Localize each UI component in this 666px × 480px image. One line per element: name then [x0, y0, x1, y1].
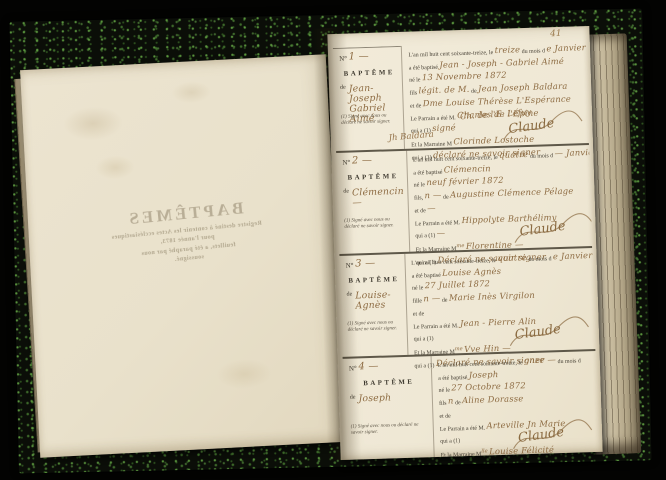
register-entry: N° 3 — BAPTÊME de Louise-Agnès (1) Signé… — [339, 246, 595, 357]
printed-of-label: de — [471, 89, 477, 95]
printed-child-of-label: fils — [410, 91, 418, 97]
printed-who-signed-label: qui a (1) — [440, 438, 460, 445]
entry-act-column: L'an mil huit cent soixante-treize, le q… — [406, 145, 599, 252]
de-label: de — [346, 292, 352, 298]
hand-birth-date: neuf février 1872 — [426, 175, 504, 187]
number-label: N° — [346, 262, 354, 270]
signature-footnote: (1) Signé avec nous ou déclaré ne savoir… — [351, 422, 428, 436]
priest-signature-text: Claude — [507, 116, 555, 137]
priest-signature-text: Claude — [519, 219, 567, 240]
hand-filiation: n — — [424, 190, 441, 201]
register-entry: N° 1 — BAPTÊME de Jean-Joseph Gabriel Ai… — [333, 40, 589, 151]
baptized-name-side: de Louise-Agnès — [346, 290, 402, 312]
hand-parent-name: Marie Inès Virgilon — [449, 290, 535, 303]
paper-stain — [62, 105, 124, 142]
printed-of-label: de — [443, 195, 449, 201]
entry-number: 4 — — [358, 361, 378, 373]
printed-godfather-label: Le Parrain a été M. — [410, 115, 455, 122]
entry-act-column: L'an mil huit cent soixante-treize, le q… — [404, 248, 595, 355]
paper-stain — [95, 154, 136, 180]
printed-and-of-label: et de — [414, 208, 425, 214]
hand-godmother-title: lle — [481, 448, 488, 454]
entry-side-column: N° 2 — BAPTÊME de Clémencin — (1) Signé … — [336, 151, 409, 254]
priest-signature-text: Claude — [517, 425, 565, 446]
number-label: N° — [342, 159, 350, 167]
printed-child-of-label: fils, — [414, 195, 423, 201]
priest-signature-text: Claude — [514, 322, 562, 343]
printed-godfather-label: Le Parrain a été M. — [440, 425, 485, 432]
printed-date-mid: du mois d — [528, 256, 551, 263]
register-entry: N° 4 — BAPTÊME de Joseph (1) Signé avec … — [343, 349, 599, 460]
register-book-scan: BAPTÊMES Registre destiné à contenir les… — [0, 0, 666, 480]
printed-baptized-label: a été baptisé — [409, 64, 438, 71]
printed-date-mid: du mois d — [530, 153, 553, 160]
printed-child-of-label: fils — [439, 401, 447, 407]
hand-filiation: légit. de M. — [418, 84, 469, 96]
hand-day: quatre — [499, 149, 529, 160]
printed-who-signed-label: qui a (1) — [415, 233, 435, 240]
hand-month: e Janvier — [546, 42, 586, 53]
de-label: de — [350, 395, 356, 401]
baptized-name: Louise-Agnès — [355, 290, 403, 311]
paper-stain — [171, 80, 212, 104]
printed-born-label: né le — [414, 183, 425, 189]
hand-baptized-name: Louise Agnès — [442, 266, 501, 278]
printed-godfather-label: Le Parrain a été M. — [413, 323, 458, 330]
hand-baptized-name: Joseph — [469, 369, 499, 380]
hand-day: onze — — [524, 354, 556, 365]
bleed-through-text: BAPTÊMES Registre destiné à contenir les… — [69, 193, 305, 273]
register-entry: N° 2 — BAPTÊME de Clémencin — (1) Signé … — [336, 143, 592, 254]
signature-footnote: (1) Signé avec nous ou déclaré ne savoir… — [347, 320, 401, 333]
printed-baptized-label: a été baptisé — [438, 375, 467, 382]
hand-month: e Janvier — [553, 250, 593, 261]
printed-date-mid: du mois d — [558, 358, 581, 365]
printed-born-label: né le — [409, 78, 420, 84]
hand-birth-date: 27 Octobre 1872 — [451, 381, 526, 393]
entry-number-row: N° 4 — — [349, 360, 428, 373]
hand-godmother-title: me — [456, 243, 464, 249]
hand-godfather-signed: — — [437, 228, 446, 238]
de-label: de — [343, 189, 349, 195]
entry-number: 2 — — [352, 155, 372, 167]
hand-baptized-name: Clémencin — [444, 163, 491, 174]
printed-who-signed-label: qui a (1) — [414, 336, 434, 343]
entries: N° 1 — BAPTÊME de Jean-Joseph Gabriel Ai… — [333, 40, 599, 460]
hand-godmother-title: me — [455, 346, 463, 352]
entry-side-column: N° 4 — BAPTÊME de Joseph (1) Signé avec … — [343, 356, 434, 460]
hand-day: quatre — [497, 252, 527, 263]
number-label: N° — [339, 55, 347, 63]
printed-child-of-label: fille — [412, 298, 422, 304]
printed-and-of-label: et de — [413, 311, 424, 317]
printed-of-label: de — [455, 400, 461, 406]
number-label: N° — [349, 364, 357, 372]
hand-filiation: n — [448, 396, 454, 406]
printed-date-mid: du mois d — [522, 48, 545, 55]
paper-stain — [216, 358, 273, 391]
printed-born-label: né le — [439, 388, 450, 394]
entry-act-column: L'an mil huit cent soixante-treize, le o… — [431, 351, 599, 457]
hand-parent-name: Aline Dorasse — [462, 393, 524, 405]
baptized-name-side: de Clémencin — — [343, 187, 404, 209]
hand-mother-name: — — [427, 203, 436, 213]
entry-number: 3 — — [355, 258, 375, 270]
baptized-name-side: de Joseph — [350, 392, 429, 404]
printed-of-label: de — [442, 298, 448, 304]
hand-month: — Janvier — [554, 147, 597, 158]
baptized-name: Clémencin — — [352, 187, 404, 209]
entry-number-row: N° 2 — — [342, 155, 403, 168]
hand-filiation: n — — [423, 293, 440, 304]
hand-parent-name: Jean Joseph Baldara — [478, 81, 568, 94]
printed-and-of-label: et de — [439, 413, 450, 419]
right-page: 41 N° 1 — BAPTÊME de Jean-Joseph Gabriel… — [327, 26, 602, 460]
hand-birth-date: 27 Juillet 1872 — [425, 279, 491, 291]
printed-date-pre: L'an mil huit cent soixante-treize, le — [413, 155, 498, 164]
hand-godfather-signed: signé — [432, 122, 456, 133]
entry-number-row: N° 1 — — [339, 51, 399, 64]
left-page: BAPTÊMES Registre destiné à contenir les… — [20, 54, 346, 457]
printed-date-pre: L'an mil huit cent soixante-treize, le — [411, 258, 496, 267]
printed-date-pre: L'an mil huit cent soixante-treize, le — [408, 50, 493, 59]
bapteme-heading: BAPTÊME — [343, 173, 404, 182]
printed-date-pre: L'an mil huit cent soixante-treize, le — [438, 360, 523, 369]
entry-number-row: N° 3 — — [345, 258, 401, 271]
hand-day: treize — [494, 44, 520, 55]
bapteme-heading: BAPTÊME — [340, 69, 400, 78]
printed-godfather-label: Le Parrain a été M. — [415, 220, 460, 227]
printed-baptized-label: a été baptisé — [412, 272, 441, 279]
signature-footnote: (1) Signé avec nous ou déclaré ne savoir… — [341, 113, 399, 126]
hand-birth-date: 13 Novembre 1872 — [422, 70, 507, 83]
printed-and-of-label: et de — [410, 103, 421, 109]
printed-baptized-label: a été baptisé — [413, 169, 442, 176]
baptized-name: Joseph — [358, 393, 391, 404]
entry-act-column: L'an mil huit cent soixante-treize, le t… — [401, 40, 589, 149]
de-label: de — [340, 85, 346, 91]
bapteme-heading: BAPTÊME — [349, 378, 428, 387]
entry-side-column: N° 3 — BAPTÊME de Louise-Agnès (1) Signé… — [339, 254, 407, 357]
folio-number: 41 — [550, 29, 562, 39]
printed-born-label: né le — [412, 286, 423, 292]
entry-number: 1 — — [349, 51, 369, 63]
bapteme-heading: BAPTÊME — [346, 276, 402, 285]
signature-footnote: (1) Signé avec nous ou déclaré ne savoir… — [344, 217, 403, 230]
